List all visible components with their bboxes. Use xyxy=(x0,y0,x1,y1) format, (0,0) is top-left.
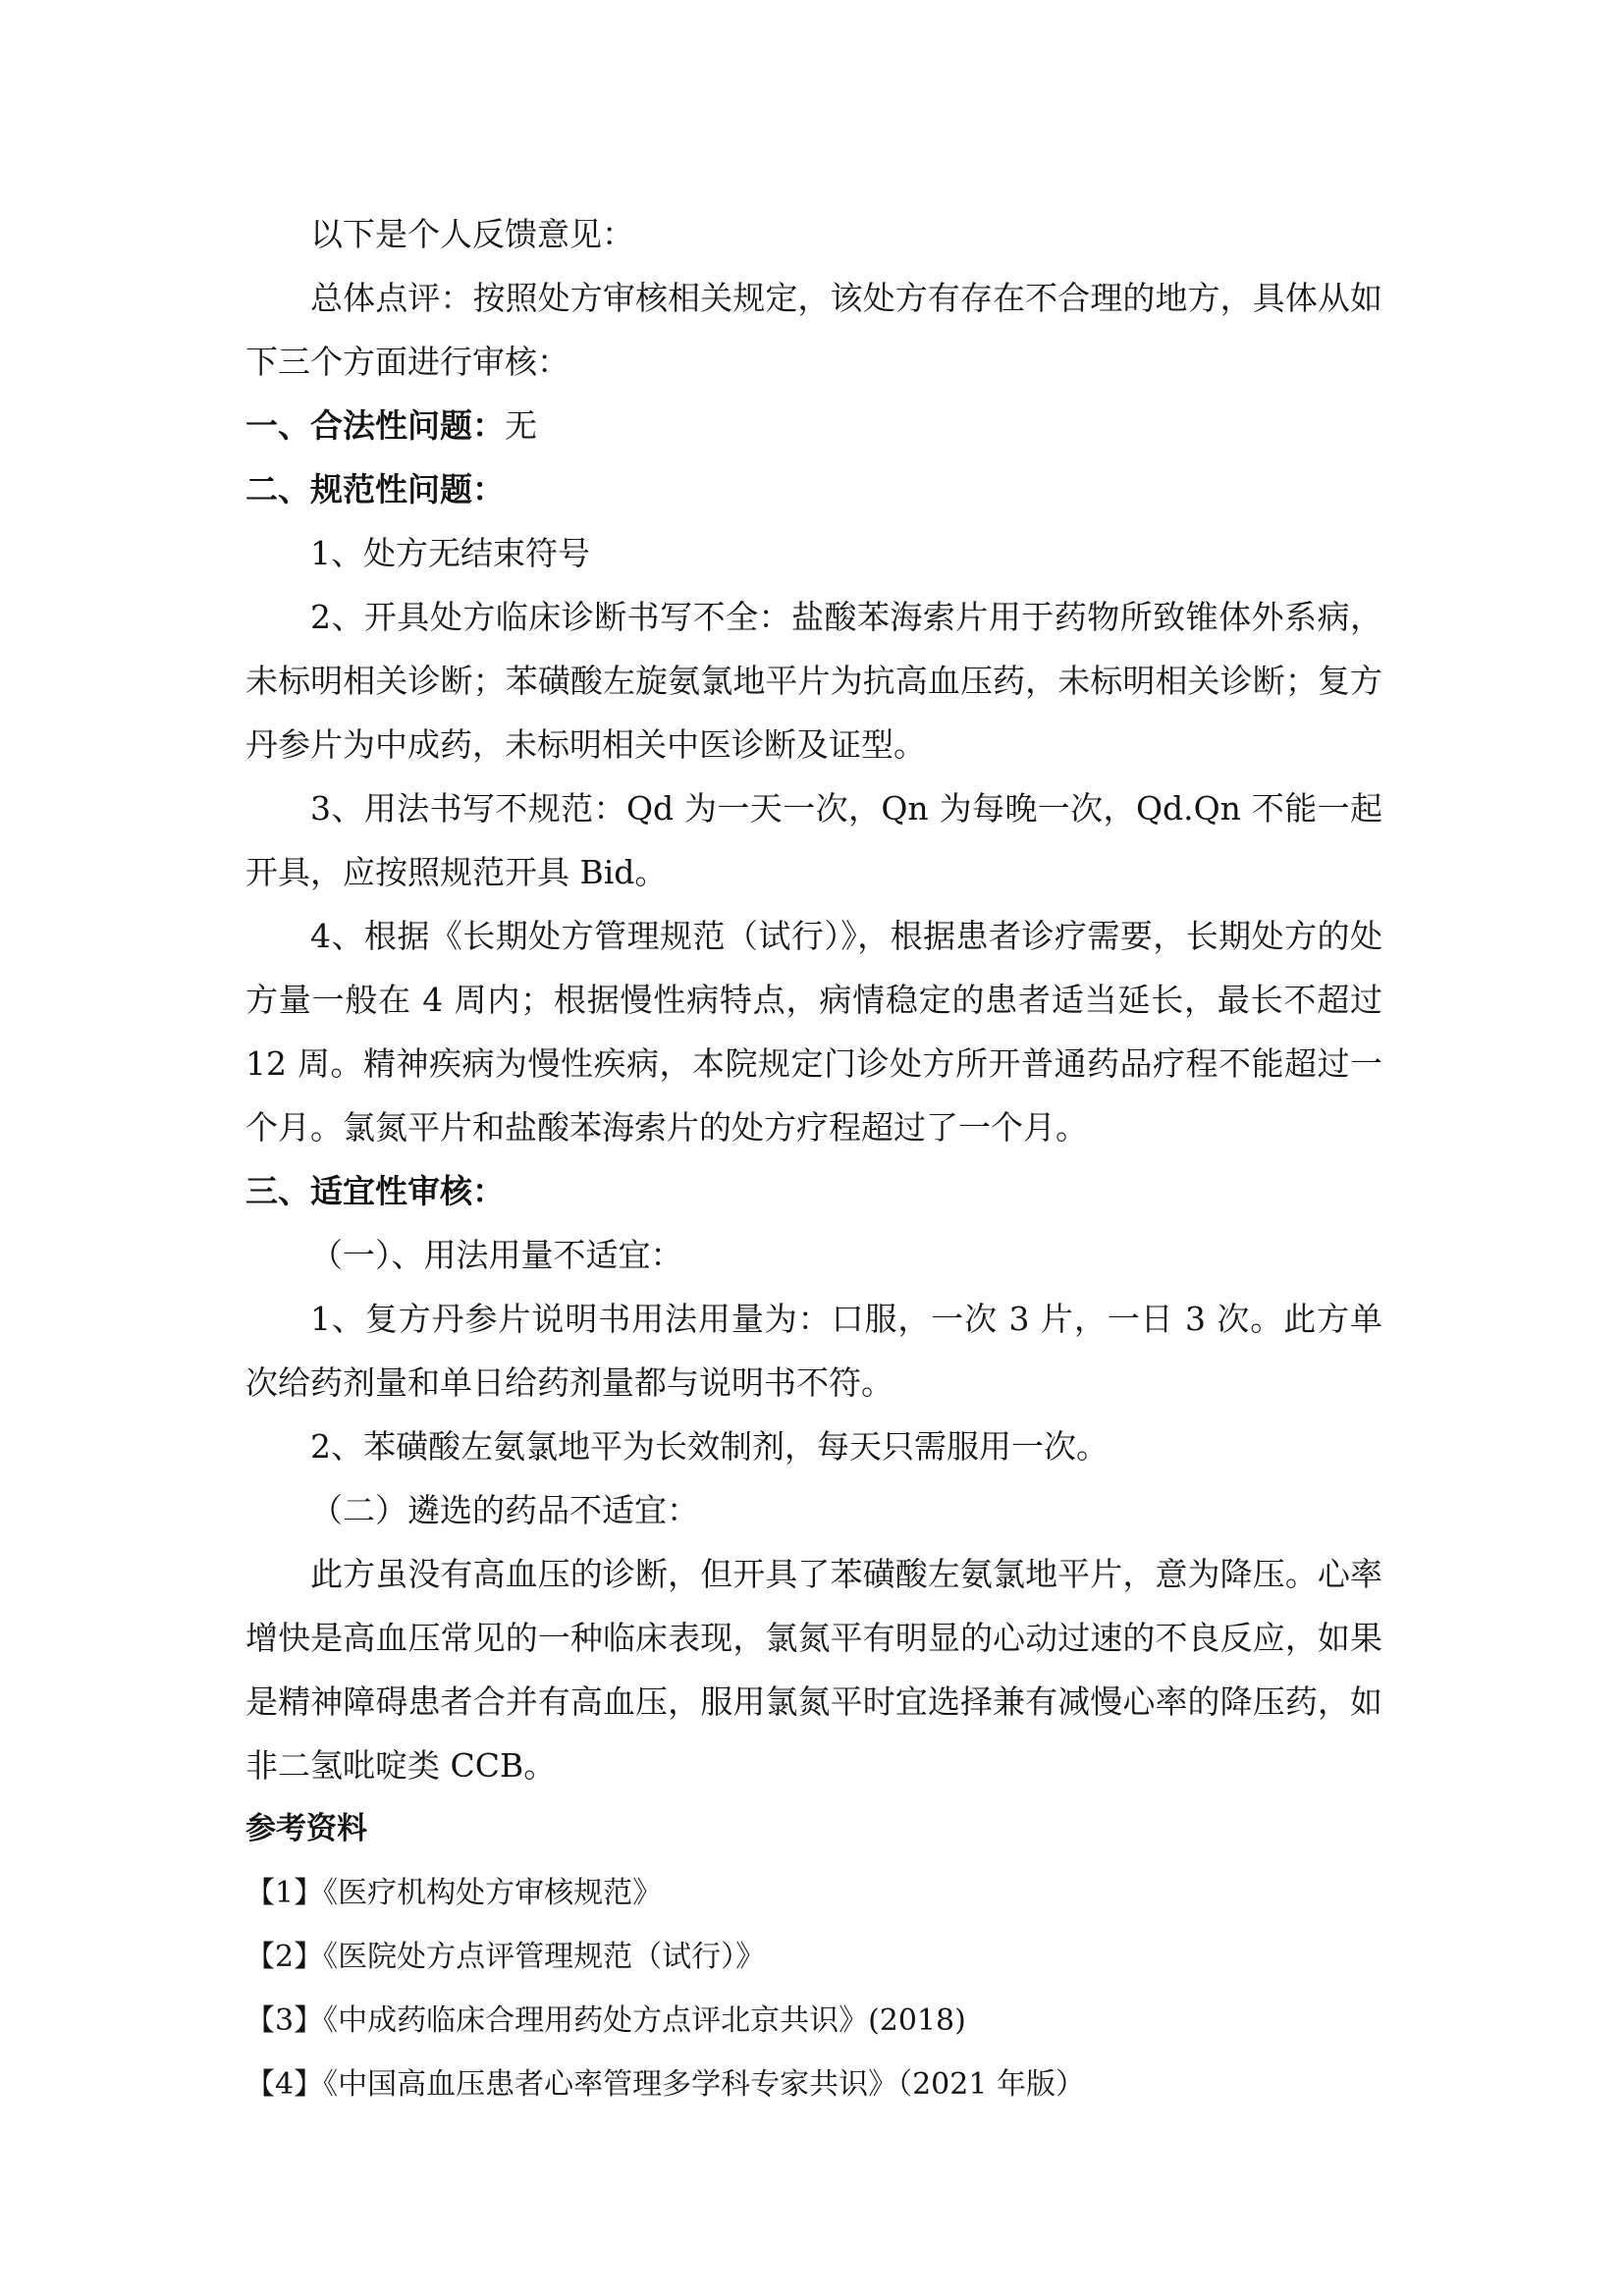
reference-item-4: 【4】《中国高血压患者心率管理多学科专家共识》（2021 年版） xyxy=(245,2053,1382,2116)
reference-item-2: 【2】《医院处方点评管理规范（试行）》 xyxy=(245,1925,1382,1989)
suitability-item-4: （二）遴选的药品不适宜： xyxy=(245,1478,1382,1542)
suitability-item-2: 1、复方丹参片说明书用法用量为：口服，一次 3 片，一日 3 次。此方单次给药剂… xyxy=(245,1287,1382,1415)
reference-item-3: 【3】《中成药临床合理用药处方点评北京共识》(2018) xyxy=(245,1989,1382,2053)
intro-paragraph: 以下是个人反馈意见： xyxy=(245,202,1382,266)
suitability-section-heading: 三、适宜性审核： xyxy=(245,1159,1382,1223)
overview-paragraph: 总体点评：按照处方审核相关规定，该处方有存在不合理的地方，具体从如下三个方面进行… xyxy=(245,266,1382,394)
suitability-item-3: 2、苯磺酸左氨氯地平为长效制剂，每天只需服用一次。 xyxy=(245,1415,1382,1478)
legality-heading-value: 无 xyxy=(505,406,537,445)
document-content: 以下是个人反馈意见： 总体点评：按照处方审核相关规定，该处方有存在不合理的地方，… xyxy=(245,202,1382,2116)
reference-item-1: 【1】《医疗机构处方审核规范》 xyxy=(245,1861,1382,1925)
standard-item-1: 1、处方无结束符号 xyxy=(245,521,1382,585)
legality-heading-label: 一、合法性问题： xyxy=(245,406,505,445)
references-heading: 参考资料 xyxy=(245,1797,1382,1861)
standard-item-3: 3、用法书写不规范：Qd 为一天一次，Qn 为每晚一次，Qd.Qn 不能一起开具… xyxy=(245,776,1382,904)
suitability-item-5: 此方虽没有高血压的诊断，但开具了苯磺酸左氨氯地平片，意为降压。心率增快是高血压常… xyxy=(245,1542,1382,1797)
standard-item-2: 2、开具处方临床诊断书写不全：盐酸苯海索片用于药物所致锥体外系病，未标明相关诊断… xyxy=(245,585,1382,776)
suitability-item-1: （一）、用法用量不适宜： xyxy=(245,1223,1382,1287)
document-page: 以下是个人反馈意见： 总体点评：按照处方审核相关规定，该处方有存在不合理的地方，… xyxy=(0,0,1624,2296)
standard-item-4: 4、根据《长期处方管理规范（试行）》，根据患者诊疗需要，长期处方的处方量一般在 … xyxy=(245,904,1382,1159)
standard-section-heading: 二、规范性问题： xyxy=(245,457,1382,521)
legality-section-heading: 一、合法性问题：无 xyxy=(245,394,1382,457)
